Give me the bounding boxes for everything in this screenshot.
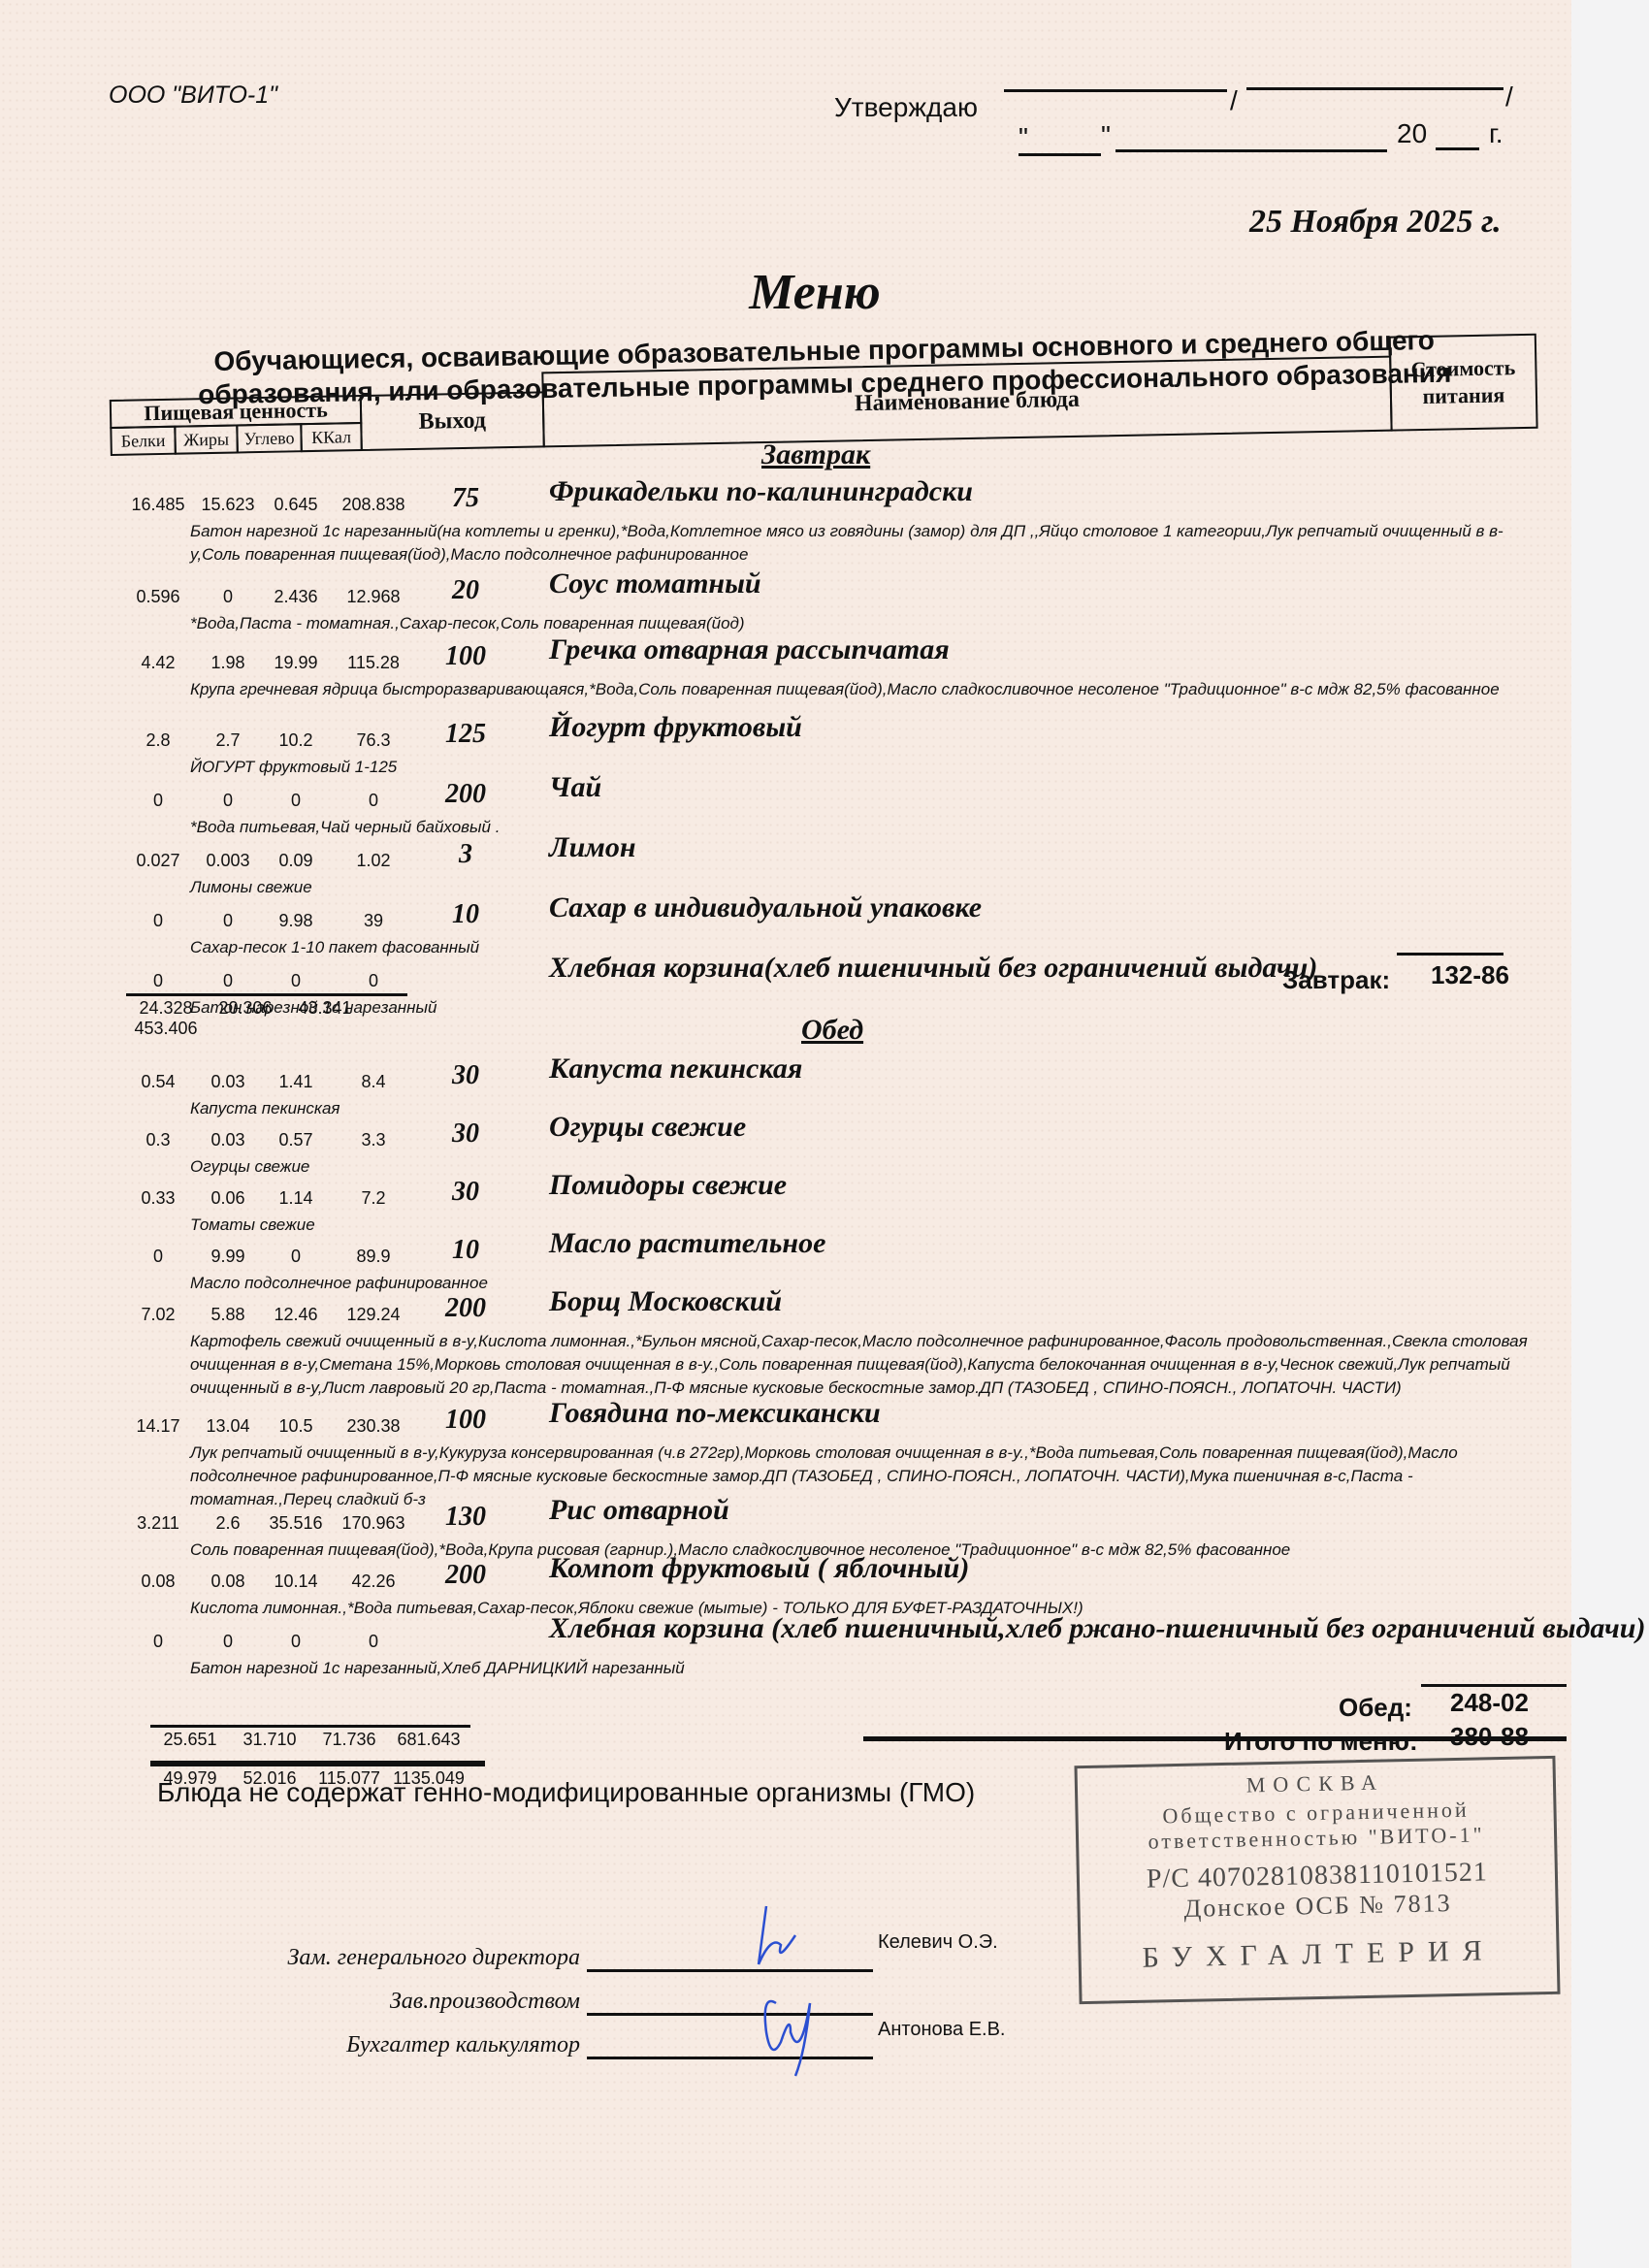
approve-date-quote-close: " [1101, 120, 1111, 151]
dish-name: Капуста пекинская [549, 1053, 802, 1085]
dish-name: Чай [549, 771, 601, 804]
header-proteins: Белки [110, 426, 177, 456]
dish-ingredients: Огурцы свежие [190, 1155, 1548, 1179]
dish-name: Хлебная корзина(хлеб пшеничный без огран… [549, 952, 1317, 985]
lunch-title: Обед [801, 1014, 863, 1047]
signature-role: Зав.производством [250, 1989, 580, 2015]
dish-yield: 100 [427, 1405, 504, 1436]
dish-ingredients: Батон нарезной 1с нарезанный(на котлеты … [190, 520, 1548, 567]
dish-name: Масло растительное [549, 1227, 825, 1260]
approve-day-line [1018, 153, 1101, 156]
organization-name: ООО "ВИТО-1" [109, 81, 277, 110]
lunch-totals: 25.65131.71071.736681.643 [150, 1725, 470, 1750]
header-yield: Выход [360, 391, 545, 451]
dish-name: Хлебная корзина (хлеб пшеничный,хлеб ржа… [549, 1612, 1645, 1645]
grand-total-value: 380-88 [1450, 1722, 1529, 1752]
dish-yield: 30 [427, 1060, 504, 1091]
lunch-sum-value: 248-02 [1450, 1688, 1529, 1718]
dish-ingredients: Томаты свежие [190, 1214, 1548, 1237]
breakfast-totals: 24.32820.30643.341453.406 [126, 993, 407, 1039]
approve-month-line [1115, 149, 1387, 152]
signature-role: Бухгалтер калькулятор [250, 2032, 580, 2058]
dish-name: Соус томатный [549, 567, 761, 600]
dish-name: Фрикадельки по-калининградски [549, 475, 973, 508]
dish-ingredients: Лук репчатый очищенный в в-у,Кукуруза ко… [190, 1442, 1548, 1511]
lunch-sum-label: Обед: [1339, 1693, 1412, 1723]
dish-yield: 75 [427, 483, 504, 514]
dish-yield: 10 [427, 899, 504, 930]
approve-label: Утверждаю [834, 92, 978, 123]
dish-name: Говядина по-мексикански [549, 1397, 881, 1430]
header-kcal: ККал [300, 422, 363, 452]
breakfast-sum-label: Завтрак: [1282, 965, 1390, 995]
signature-name: Келевич О.Э. [878, 1931, 998, 1954]
dish-yield: 200 [427, 1560, 504, 1591]
dish-name: Компот фруктовый ( яблочный) [549, 1552, 969, 1585]
handwritten-signature-icon [737, 1896, 873, 2081]
header-cost: Стоимость питания [1389, 334, 1538, 432]
signature-role: Зам. генерального директора [250, 1945, 580, 1971]
dish-ingredients: Крупа гречневая ядрица быстроразваривающ… [190, 678, 1548, 701]
dish-yield: 130 [427, 1502, 504, 1533]
dish-yield: 100 [427, 641, 504, 672]
dish-ingredients: Капуста пекинская [190, 1097, 1548, 1120]
gmo-note: Блюда не содержат генно-модифицированные… [157, 1777, 975, 1808]
dish-yield: 10 [427, 1235, 504, 1266]
header-carbs: Углево [236, 423, 303, 453]
grand-total-label: Итого по меню: [1224, 1727, 1418, 1757]
dish-name: Рис отварной [549, 1494, 729, 1527]
dish-ingredients: ЙОГУРТ фруктовый 1-125 [190, 756, 1548, 779]
dish-yield: 30 [427, 1177, 504, 1208]
dish-yield: 30 [427, 1118, 504, 1150]
approve-date-quote-open: " [1018, 122, 1028, 153]
dish-name: Гречка отварная рассыпчатая [549, 633, 950, 666]
dish-name: Йогурт фруктовый [549, 711, 802, 744]
company-stamp: МОСКВА Общество с ограниченной ответстве… [1074, 1756, 1560, 2004]
dish-ingredients: Батон нарезной 1с нарезанный,Хлеб ДАРНИЦ… [190, 1657, 1548, 1680]
breakfast-sum-value: 132-86 [1431, 960, 1509, 990]
header-fats: Жиры [174, 424, 239, 454]
dish-ingredients: Картофель свежий очищенный в в-у,Кислота… [190, 1330, 1548, 1400]
dish-yield: 125 [427, 719, 504, 750]
dish-ingredients: *Вода,Паста - томатная.,Сахар-песок,Соль… [190, 612, 1548, 635]
dish-name: Лимон [549, 831, 635, 864]
approve-year-prefix: 20 [1397, 118, 1427, 149]
approve-year-suffix: г. [1489, 118, 1503, 149]
dish-name: Огурцы свежие [549, 1111, 746, 1144]
approve-signature-line [1004, 89, 1227, 92]
page-title: Меню [0, 264, 1630, 321]
dish-name: Помидоры свежие [549, 1169, 787, 1202]
breakfast-sum-rule [1397, 953, 1503, 956]
dish-yield: 200 [427, 1293, 504, 1324]
lunch-sum-rule [1421, 1684, 1567, 1687]
signature-name: Антонова Е.В. [878, 2019, 1005, 2041]
document-page: ООО "ВИТО-1" Утверждаю / / " " 20 г. 25 … [0, 0, 1571, 2268]
dish-name: Борщ Московский [549, 1285, 782, 1318]
breakfast-title: Завтрак [761, 438, 870, 471]
header-dish-name: Наименование блюда [541, 356, 1392, 448]
dish-ingredients: *Вода питьевая,Чай черный байховый . [190, 816, 1548, 839]
dish-ingredients: Масло подсолнечное рафинированное [190, 1272, 1548, 1295]
approve-year-line [1436, 147, 1479, 150]
approve-name-line [1246, 87, 1503, 90]
dish-yield: 200 [427, 779, 504, 810]
menu-date: 25 Ноября 2025 г. [1249, 204, 1502, 241]
dish-yield: 3 [427, 839, 504, 870]
dish-name: Сахар в индивидуальной упаковке [549, 891, 982, 924]
dish-yield: 20 [427, 575, 504, 606]
